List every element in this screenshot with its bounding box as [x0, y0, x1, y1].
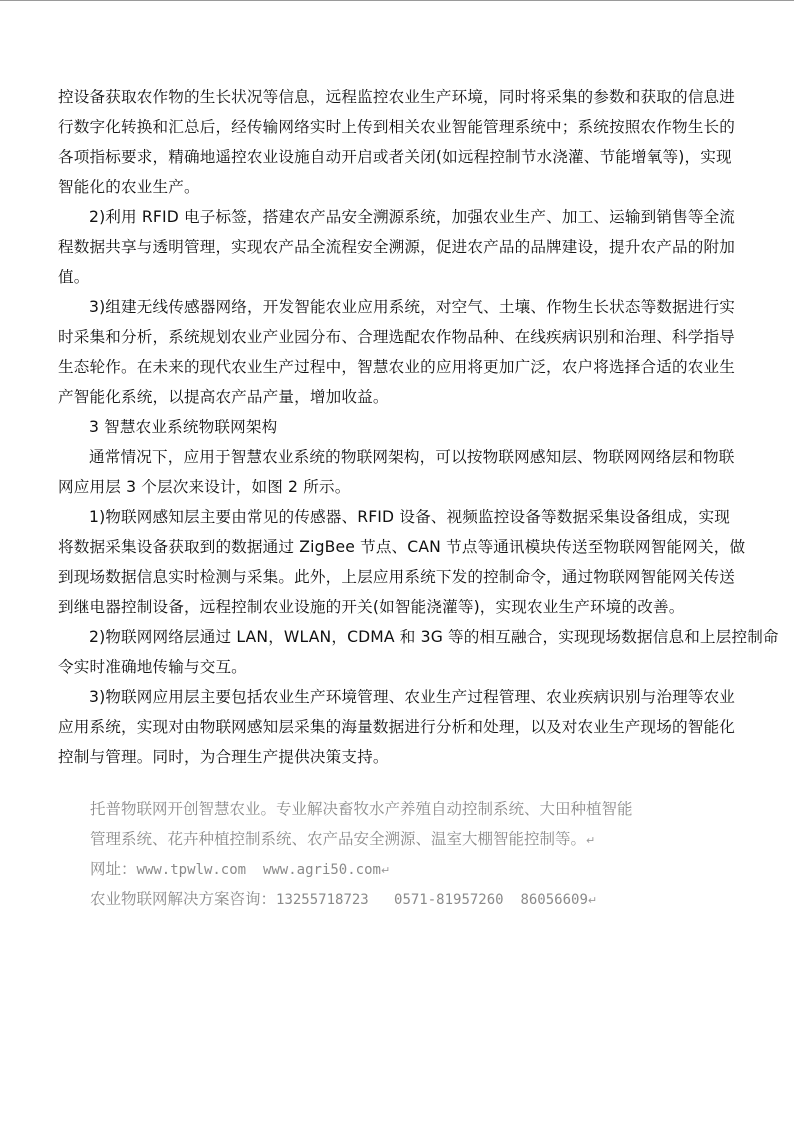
- body-line: 生态轮作。在未来的现代农业生产过程中，智慧农业的应用将更加广泛，农户将选择合适的…: [58, 352, 738, 382]
- paragraph-start-sensor-network: 3)组建无线传感器网络，开发智能农业应用系统，对空气、土壤、作物生长状态等数据进…: [58, 292, 738, 322]
- body-line: 应用系统，实现对由物联网感知层采集的海量数据进行分析和处理，以及对农业生产现场的…: [58, 712, 738, 742]
- body-line: 各项指标要求，精确地遥控农业设施自动开启或者关闭(如远程控制节水浇灌、节能增氧等…: [58, 142, 738, 172]
- contact-label: 农业物联网解决方案咨询：: [90, 890, 276, 908]
- page-top-border: [0, 0, 794, 1]
- promo-line: 管理系统、花卉种植控制系统、农产品安全溯源、温室大棚智能控制等。↵: [90, 824, 710, 854]
- website-line: 网址：www.tpwlw.com www.agri50.com↵: [90, 854, 710, 884]
- body-line: 控设备获取农作物的生长状况等信息，远程监控农业生产环境，同时将采集的参数和获取的…: [58, 82, 738, 112]
- paragraph-start-rfid: 2)利用 RFID 电子标签，搭建农产品安全溯源系统，加强农业生产、加工、运输到…: [58, 202, 738, 232]
- body-line: 控制与管理。同时，为合理生产提供决策支持。: [58, 742, 738, 772]
- contact-numbers: 13255718723 0571-81957260 86056609: [276, 892, 588, 908]
- contact-line: 农业物联网解决方案咨询：13255718723 0571-81957260 86…: [90, 884, 710, 914]
- paragraph-start-architecture: 通常情况下，应用于智慧农业系统的物联网架构，可以按物联网感知层、物联网网络层和物…: [58, 442, 738, 472]
- body-line: 智能化的农业生产。: [58, 172, 738, 202]
- return-mark-icon: ↵: [381, 864, 390, 877]
- promo-text: 管理系统、花卉种植控制系统、农产品安全溯源、温室大棚智能控制等。: [90, 830, 586, 848]
- body-line: 将数据采集设备获取到的数据通过 ZigBee 节点、CAN 节点等通讯模块传送至…: [58, 532, 738, 562]
- paragraph-start-application-layer: 3)物联网应用层主要包括农业生产环境管理、农业生产过程管理、农业疾病识别与治理等…: [58, 682, 738, 712]
- body-line: 产智能化系统，以提高农产品产量，增加收益。: [58, 382, 738, 412]
- promo-footer: 托普物联网开创智慧农业。专业解决畜牧水产养殖自动控制系统、大田种植智能 管理系统…: [90, 794, 710, 914]
- website-label: 网址：: [90, 860, 137, 878]
- return-mark-icon: ↵: [586, 834, 595, 847]
- section-heading: 3 智慧农业系统物联网架构: [58, 412, 738, 442]
- body-line: 令实时准确地传输与交互。: [58, 652, 738, 682]
- promo-line: 托普物联网开创智慧农业。专业解决畜牧水产养殖自动控制系统、大田种植智能: [90, 794, 710, 824]
- body-line: 时采集和分析，系统规划农业产业园分布、合理选配农作物品种、在线疾病识别和治理、科…: [58, 322, 738, 352]
- body-line: 网应用层 3 个层次来设计，如图 2 所示。: [58, 472, 738, 502]
- body-line: 到现场数据信息实时检测与采集。此外，上层应用系统下发的控制命令，通过物联网智能网…: [58, 562, 738, 592]
- document-body: 控设备获取农作物的生长状况等信息，远程监控农业生产环境，同时将采集的参数和获取的…: [58, 82, 738, 772]
- body-line: 值。: [58, 262, 738, 292]
- website-links[interactable]: www.tpwlw.com www.agri50.com: [137, 862, 381, 878]
- return-mark-icon: ↵: [588, 894, 597, 907]
- paragraph-start-perception-layer: 1)物联网感知层主要由常见的传感器、RFID 设备、视频监控设备等数据采集设备组…: [58, 502, 738, 532]
- body-line: 行数字化转换和汇总后，经传输网络实时上传到相关农业智能管理系统中；系统按照农作物…: [58, 112, 738, 142]
- body-line: 到继电器控制设备，远程控制农业设施的开关(如智能浇灌等)，实现农业生产环境的改善…: [58, 592, 738, 622]
- body-line: 程数据共享与透明管理，实现农产品全流程安全溯源，促进农产品的品牌建设，提升农产品…: [58, 232, 738, 262]
- paragraph-start-network-layer: 2)物联网网络层通过 LAN，WLAN，CDMA 和 3G 等的相互融合，实现现…: [58, 622, 738, 652]
